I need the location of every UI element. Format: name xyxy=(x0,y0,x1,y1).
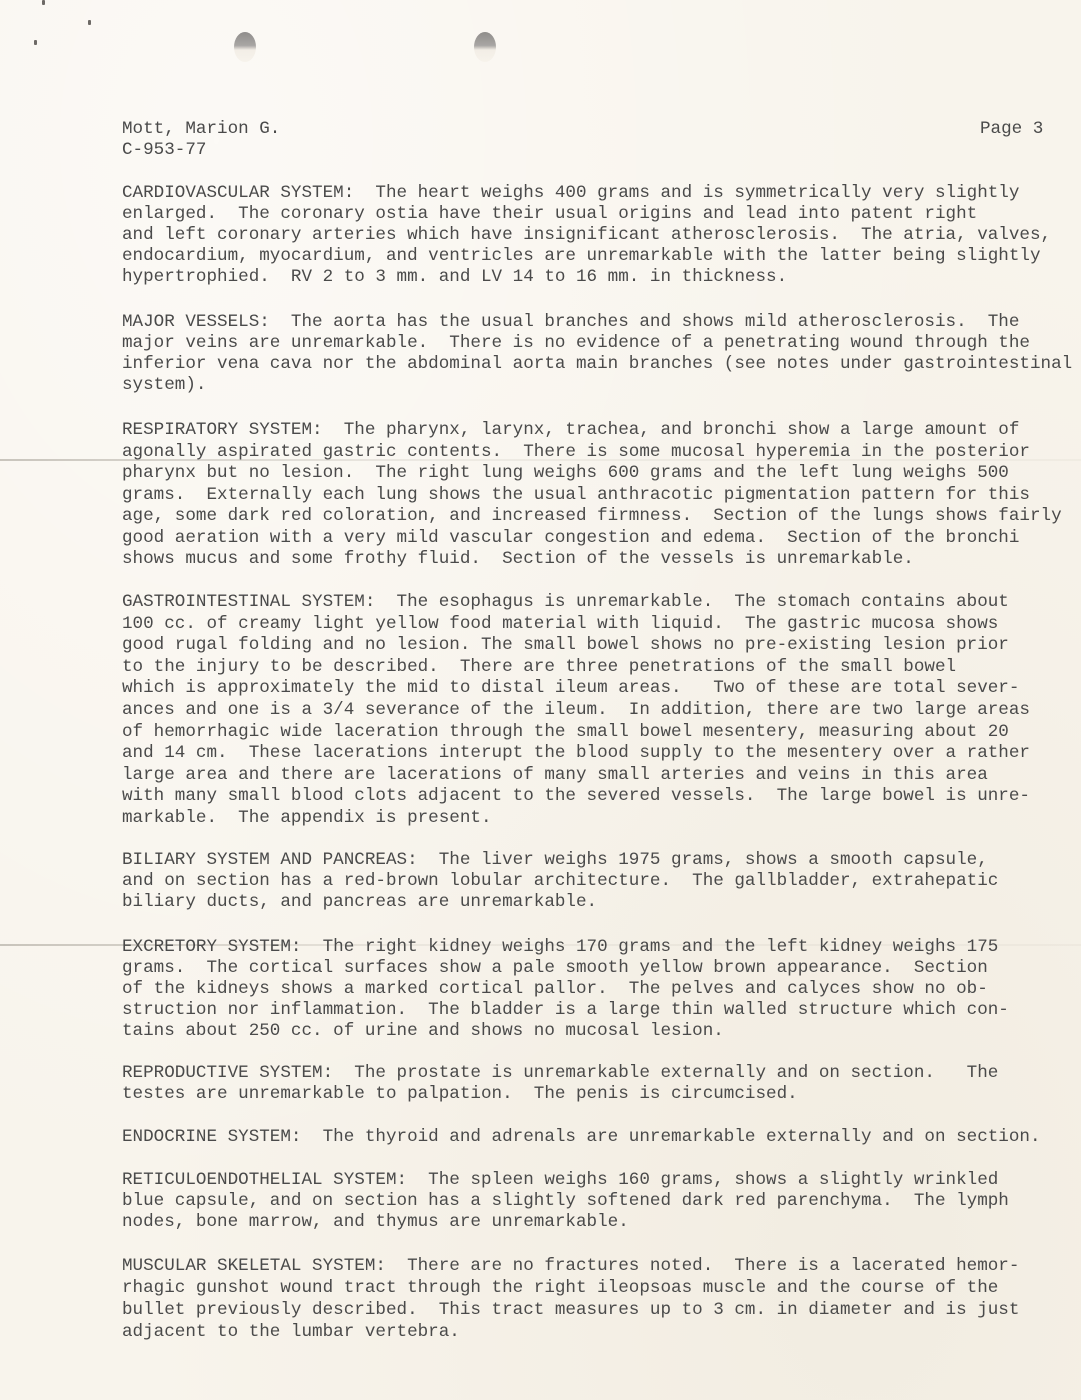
section-line: of hemorrhagic wide laceration through t… xyxy=(122,722,1009,743)
section-line: pharynx but no lesion. The right lung we… xyxy=(122,463,1009,484)
section-line: age, some dark red coloration, and incre… xyxy=(122,506,1062,527)
case-number: C-953-77 xyxy=(122,140,206,161)
section-line: EXCRETORY SYSTEM: The right kidney weigh… xyxy=(122,937,998,958)
section-line: markable. The appendix is present. xyxy=(122,808,492,829)
section-line: good rugal folding and no lesion. The sm… xyxy=(122,635,1009,656)
section-line: blue capsule, and on section has a sligh… xyxy=(122,1191,1009,1212)
section-line: endocardium, myocardium, and ventricles … xyxy=(122,246,1041,267)
section-line: RETICULOENDOTHELIAL SYSTEM: The spleen w… xyxy=(122,1170,998,1191)
section-line: RESPIRATORY SYSTEM: The pharynx, larynx,… xyxy=(122,420,1019,441)
section-line: agonally aspirated gastric contents. The… xyxy=(122,442,1030,463)
section-line: biliary ducts, and pancreas are unremark… xyxy=(122,892,597,913)
section-line: hypertrophied. RV 2 to 3 mm. and LV 14 t… xyxy=(122,267,787,288)
section-line: MUSCULAR SKELETAL SYSTEM: There are no f… xyxy=(122,1256,1019,1277)
staple-mark xyxy=(34,40,37,45)
section-line: and left coronary arteries which have in… xyxy=(122,225,1051,246)
section-line: and 14 cm. These lacerations interupt th… xyxy=(122,743,1030,764)
section-line: REPRODUCTIVE SYSTEM: The prostate is unr… xyxy=(122,1063,998,1084)
section-line: inferior vena cava nor the abdominal aor… xyxy=(122,354,1072,375)
section-line: system). xyxy=(122,375,206,396)
section-line: struction nor inflammation. The bladder … xyxy=(122,1000,1009,1021)
punch-hole xyxy=(474,32,496,62)
patient-name: Mott, Marion G. xyxy=(122,119,280,140)
section-line: ENDOCRINE SYSTEM: The thyroid and adrena… xyxy=(122,1127,1041,1148)
section-line: which is approximately the mid to distal… xyxy=(122,678,1019,699)
section-line: CARDIOVASCULAR SYSTEM: The heart weighs … xyxy=(122,183,1019,204)
section-line: GASTROINTESTINAL SYSTEM: The esophagus i… xyxy=(122,592,1009,613)
section-line: adjacent to the lumbar vertebra. xyxy=(122,1322,460,1343)
section-line: and on section has a red-brown lobular a… xyxy=(122,871,998,892)
section-line: bullet previously described. This tract … xyxy=(122,1300,1019,1321)
section-line: tains about 250 cc. of urine and shows n… xyxy=(122,1021,724,1042)
section-line: large area and there are lacerations of … xyxy=(122,765,988,786)
section-line: grams. Externally each lung shows the us… xyxy=(122,485,1030,506)
staple-mark xyxy=(42,0,45,5)
section-line: 100 cc. of creamy light yellow food mate… xyxy=(122,614,998,635)
section-line: good aeration with a very mild vascular … xyxy=(122,528,1019,549)
section-line: enlarged. The coronary ostia have their … xyxy=(122,204,977,225)
punch-hole xyxy=(234,32,256,62)
section-line: shows mucus and some frothy fluid. Secti… xyxy=(122,549,914,570)
section-line: rhagic gunshot wound tract through the r… xyxy=(122,1278,998,1299)
page-number: Page 3 xyxy=(980,119,1043,140)
section-line: of the kidneys shows a marked cortical p… xyxy=(122,979,988,1000)
section-line: BILIARY SYSTEM AND PANCREAS: The liver w… xyxy=(122,850,988,871)
section-line: grams. The cortical surfaces show a pale… xyxy=(122,958,988,979)
section-line: to the injury to be described. There are… xyxy=(122,657,956,678)
section-line: MAJOR VESSELS: The aorta has the usual b… xyxy=(122,312,1019,333)
section-line: with many small blood clots adjacent to … xyxy=(122,786,1030,807)
section-line: major veins are unremarkable. There is n… xyxy=(122,333,1030,354)
section-line: nodes, bone marrow, and thymus are unrem… xyxy=(122,1212,629,1233)
staple-mark xyxy=(88,20,91,25)
section-line: ances and one is a 3/4 severance of the … xyxy=(122,700,1030,721)
section-line: testes are unremarkable to palpation. Th… xyxy=(122,1084,798,1105)
